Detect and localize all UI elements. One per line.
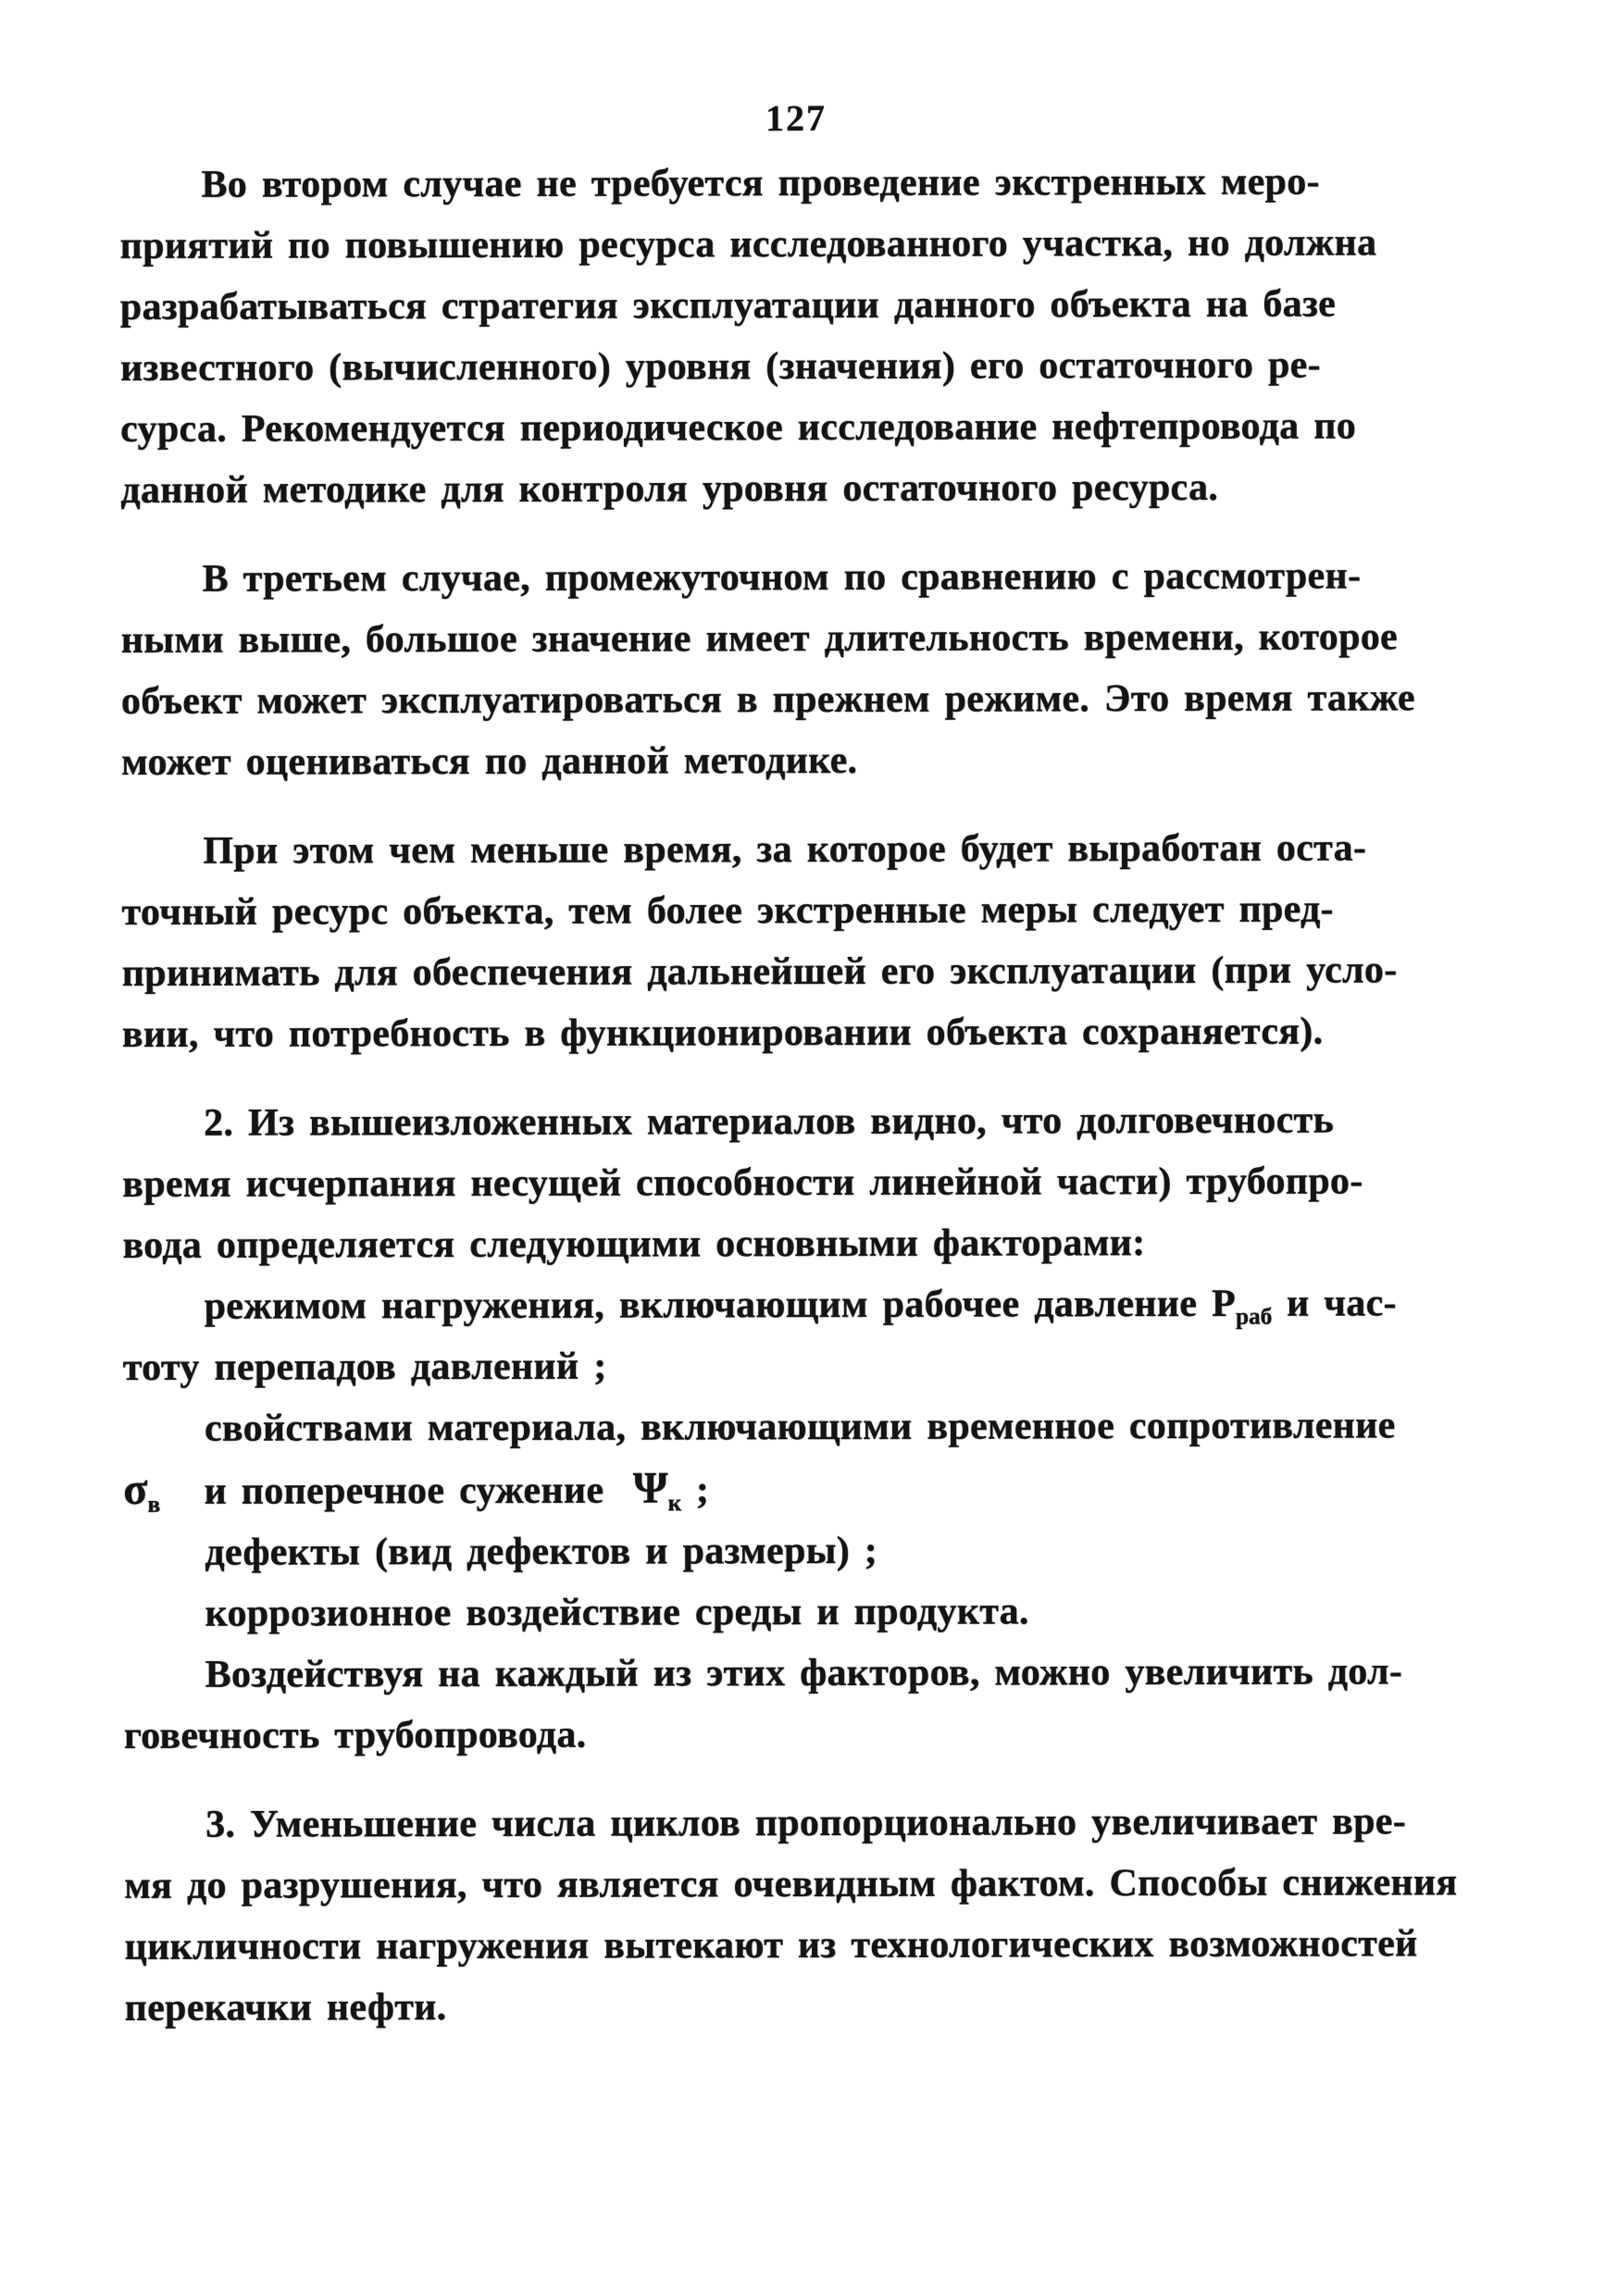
text-segment: объект может эксплуатироваться в прежнем… [121, 676, 1415, 723]
text-line: дефекты (вид дефектов и размеры) ; [123, 1519, 1475, 1583]
text-segment: свойствами материала, включающими времен… [205, 1404, 1396, 1449]
text-segment: ; [681, 1469, 709, 1511]
text-line: вии, что потребность в функционировании … [122, 1000, 1474, 1065]
document-text-block: Во втором случае не требуется проведение… [119, 151, 1475, 2039]
scanned-document-page: 127 Во втором случае не требуется провед… [0, 0, 1618, 2296]
text-segment: данной методике для контроля уровня оста… [120, 466, 1218, 512]
text-line: данной методике для контроля уровня оста… [120, 456, 1472, 521]
text-segment: мя до разрушения, что является очевидным… [124, 1861, 1457, 1907]
text-line: известного (вычисленного) уровня (значен… [120, 334, 1472, 399]
text-line: коррозионное воздействие среды и продукт… [123, 1580, 1475, 1644]
text-line: время исчерпания несущей способности лин… [122, 1150, 1474, 1215]
text-segment: принимать для обеспечения дальнейшей его… [122, 949, 1398, 995]
text-segment: цикличности нагружения вытекают из техно… [124, 1922, 1417, 1968]
text-line: объект может эксплуатироваться в прежнем… [121, 667, 1473, 732]
text-segment: и поперечное сужение [160, 1469, 633, 1512]
text-segment: Воздействуя на каждый из этих факторов, … [205, 1650, 1403, 1695]
symbol-text: Ψ [633, 1463, 668, 1512]
text-segment: тоту перепадов давлений ; [123, 1346, 607, 1389]
page-number: 127 [130, 92, 1462, 144]
text-segment: вии, что потребность в функционировании … [122, 1011, 1324, 1056]
text-segment: В третьем случае, промежуточном по сравн… [202, 554, 1361, 600]
text-line: При этом чем меньше время, за которое бу… [121, 817, 1473, 882]
text-segment: ными выше, большое значение имеет длител… [121, 615, 1398, 662]
text-segment: говечность трубопровода. [124, 1714, 587, 1757]
text-line: 3. Уменьшение числа циклов пропорциональ… [124, 1791, 1475, 1855]
text-line: 2. Из вышеизложенных материалов видно, ч… [122, 1089, 1474, 1154]
text-line: говечность трубопровода. [124, 1702, 1475, 1767]
subscript-text: к [668, 1491, 682, 1516]
text-segment: При этом чем меньше время, за которое бу… [203, 826, 1366, 872]
text-line: режимом нагружения, включающим рабочее д… [123, 1272, 1475, 1337]
text-segment: время исчерпания несущей способности лин… [122, 1160, 1363, 1206]
text-line: Воздействуя на каждый из этих факторов, … [124, 1641, 1475, 1706]
symbol-text: σ [123, 1465, 147, 1514]
text-line: свойствами материала, включающими времен… [123, 1395, 1475, 1459]
text-line: точный ресурс объекта, тем более экстрен… [121, 878, 1473, 943]
text-line: перекачки нефти. [124, 1974, 1475, 2039]
subscript-text: в [147, 1493, 160, 1518]
text-line: ными выше, большое значение имеет длител… [121, 606, 1473, 671]
text-segment: и час- [1272, 1282, 1397, 1324]
text-segment: известного (вычисленного) уровня (значен… [120, 344, 1321, 390]
text-segment: дефекты (вид дефектов и размеры) ; [205, 1530, 877, 1574]
text-segment: сурса. Рекомендуется периодическое иссле… [120, 404, 1356, 450]
text-line: σв и поперечное сужение Ψк ; [123, 1456, 1475, 1522]
text-line: мя до разрушения, что является очевидным… [124, 1852, 1475, 1917]
text-line: Во втором случае не требуется проведение… [119, 151, 1471, 216]
text-line: цикличности нагружения вытекают из техно… [124, 1913, 1475, 1978]
text-line: разрабатываться стратегия эксплуатации д… [120, 273, 1472, 338]
text-segment: режимом нагружения, включающим рабочее д… [205, 1283, 1236, 1328]
text-line: принимать для обеспечения дальнейшей его… [122, 939, 1474, 1004]
text-line: приятий по повышению ресурса исследованн… [120, 212, 1472, 277]
text-segment: перекачки нефти. [125, 1986, 447, 2029]
text-segment: Во втором случае не требуется проведение… [201, 161, 1319, 206]
text-segment: точный ресурс объекта, тем более экстрен… [121, 887, 1333, 933]
text-segment: 2. Из вышеизложенных материалов видно, ч… [204, 1098, 1334, 1144]
text-segment: приятий по повышению ресурса исследованн… [120, 221, 1377, 267]
text-segment: коррозионное воздействие среды и продукт… [205, 1590, 1028, 1634]
text-segment: может оцениваться по данной методике. [121, 739, 857, 784]
text-line: может оцениваться по данной методике. [121, 728, 1473, 793]
text-line: вода определяется следующими основными ф… [122, 1211, 1474, 1276]
text-segment: разрабатываться стратегия эксплуатации д… [120, 282, 1336, 328]
text-line: тоту перепадов давлений ; [123, 1334, 1475, 1398]
text-segment: вода определяется следующими основными ф… [122, 1222, 1145, 1267]
text-line: В третьем случае, промежуточном по сравн… [120, 545, 1472, 610]
text-segment: 3. Уменьшение числа циклов пропорциональ… [205, 1800, 1406, 1845]
subscript-text: раб [1236, 1304, 1272, 1329]
text-line: сурса. Рекомендуется периодическое иссле… [120, 395, 1472, 460]
